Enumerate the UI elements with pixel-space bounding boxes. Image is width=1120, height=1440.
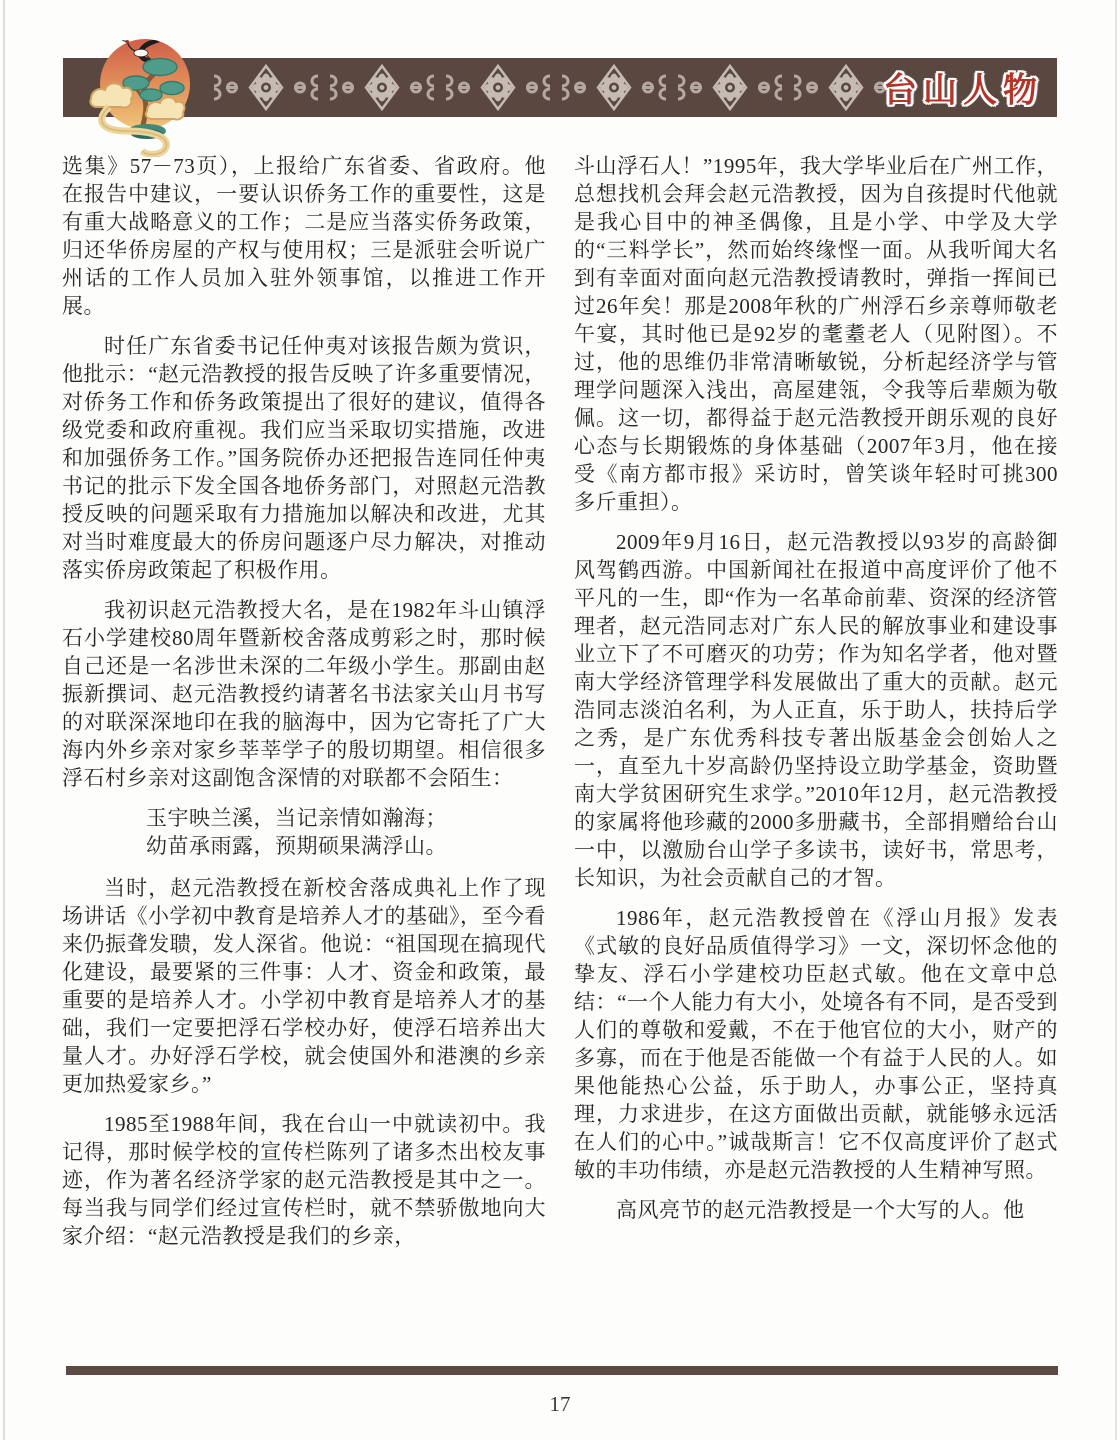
paragraph: 时任广东省委书记任仲夷对该报告颇为赏识，他批示：“赵元浩教授的报告反映了许多重要… <box>62 332 546 584</box>
sunset-pine-crane-logo-icon <box>83 27 263 157</box>
paragraph: 玉宇映兰溪，当记亲情如瀚海； <box>146 804 546 832</box>
paragraph: 我初识赵元浩教授大名，是在1982年斗山镇浮石小学建校80周年暨新校舍落成剪彩之… <box>62 596 546 792</box>
paragraph: 选集》57－73页），上报给广东省委、省政府。他在报告中建议，一要认识侨务工作的… <box>62 152 546 320</box>
left-edge-line <box>3 0 5 1440</box>
paragraph: 幼苗承雨露，预期硕果满浮山。 <box>146 832 546 860</box>
lattice-pattern-ornament <box>208 58 908 117</box>
paragraph: 1985至1988年间，我在台山一中就读初中。我记得，那时候学校的宣传栏陈列了诸… <box>62 1110 546 1250</box>
section-title: 台山人物 <box>883 62 1043 111</box>
paragraph: 1986年，赵元浩教授曾在《浮山月报》发表《式敏的良好品质值得学习》一文，深切怀… <box>574 904 1058 1184</box>
right-edge-line <box>1115 0 1117 1440</box>
right-column: 斗山浮石人！”1995年，我大学毕业后在广州工作，总想找机会拜会赵元浩教授，因为… <box>574 152 1058 1262</box>
page-number: 17 <box>0 1392 1120 1417</box>
article-body: 选集》57－73页），上报给广东省委、省政府。他在报告中建议，一要认识侨务工作的… <box>62 152 1058 1262</box>
footer-rule <box>66 1366 1058 1375</box>
magazine-page: 台山人物 <box>0 0 1120 1440</box>
paragraph: 当时，赵元浩教授在新校舍落成典礼上作了现场讲话《小学初中教育是培养人才的基础》，… <box>62 874 546 1098</box>
paragraph: 高风亮节的赵元浩教授是一个大写的人。他 <box>574 1196 1058 1224</box>
paragraph: 2009年9月16日，赵元浩教授以93岁的高龄御风驾鹤西游。中国新闻社在报道中高… <box>574 528 1058 892</box>
paragraph: 斗山浮石人！”1995年，我大学毕业后在广州工作，总想找机会拜会赵元浩教授，因为… <box>574 152 1058 516</box>
left-column: 选集》57－73页），上报给广东省委、省政府。他在报告中建议，一要认识侨务工作的… <box>62 152 546 1262</box>
